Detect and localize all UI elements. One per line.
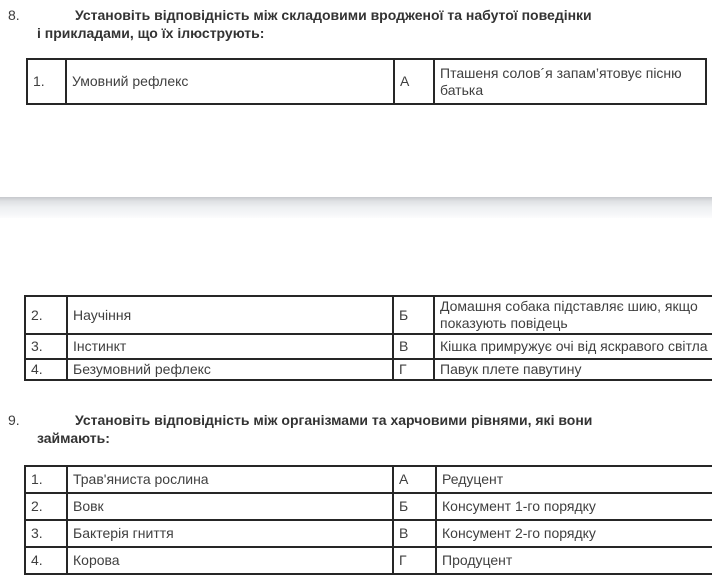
example-cell: Продуцент: [436, 547, 712, 574]
question-9-number: 9.: [8, 412, 20, 430]
table-row: 3.ІнстинктВКішка примружує очі від яскра…: [25, 334, 712, 359]
question-8-number: 8.: [8, 7, 20, 25]
example-cell: Кішка примружує очі від яскравого світла: [434, 334, 712, 359]
question-9-title-line2: займають:: [37, 430, 677, 448]
item-cell: Безумовний рефлекс: [67, 359, 393, 380]
table-row: 4.Безумовний рефлексГПавук плете павутин…: [25, 359, 712, 380]
letter-cell: Г: [393, 359, 434, 380]
item-cell: Трав'яниста рослина: [67, 466, 393, 493]
letter-cell: Б: [393, 493, 436, 520]
question-9-title-line1: Установіть відповідність між організмами…: [75, 412, 677, 430]
table-row: 1.Умовний рефлексАПташеня солов´я запам’…: [27, 59, 706, 104]
item-cell: Научіння: [67, 296, 393, 334]
question-8-title-line1: Установіть відповідність між складовими …: [75, 7, 677, 25]
question-8-title-line2: і прикладами, що їх ілюструють:: [37, 25, 677, 43]
example-cell: Домашня собака підставляє шию, якщо пока…: [434, 296, 712, 334]
item-cell: Вовк: [67, 493, 393, 520]
row-number-cell: 3.: [25, 520, 67, 547]
row-number-cell: 4.: [25, 359, 67, 380]
match-table-q9: 1.Трав'яниста рослинаАРедуцент2.ВовкБКон…: [24, 465, 712, 575]
table-row: 2.ВовкБКонсумент 1-го порядку: [25, 493, 712, 520]
table-row: 4.КороваГПродуцент: [25, 547, 712, 574]
table-row: 2.НаучінняБДомашня собака підставляє шию…: [25, 296, 712, 334]
letter-cell: В: [393, 520, 436, 547]
item-cell: Умовний рефлекс: [66, 59, 394, 104]
question-8-title: Установіть відповідність між складовими …: [37, 7, 677, 42]
row-number-cell: 2.: [25, 296, 67, 334]
row-number-cell: 3.: [25, 334, 67, 359]
example-cell: Консумент 2-го порядку: [436, 520, 712, 547]
table-row: 1.Трав'яниста рослинаАРедуцент: [25, 466, 712, 493]
row-number-cell: 1.: [27, 59, 66, 104]
letter-cell: А: [393, 466, 436, 493]
page-break-separator: [0, 197, 712, 218]
example-cell: Консумент 1-го порядку: [436, 493, 712, 520]
question-9-title: Установіть відповідність між організмами…: [37, 412, 677, 447]
row-number-cell: 2.: [25, 493, 67, 520]
example-cell: Редуцент: [436, 466, 712, 493]
item-cell: Інстинкт: [67, 334, 393, 359]
table-row: 3.Бактерія гниттяВКонсумент 2-го порядку: [25, 520, 712, 547]
row-number-cell: 1.: [25, 466, 67, 493]
example-cell: Павук плете павутину: [434, 359, 712, 380]
item-cell: Корова: [67, 547, 393, 574]
letter-cell: Б: [393, 296, 434, 334]
example-cell: Пташеня солов´я запам’ятовує пісню батьк…: [434, 59, 706, 104]
row-number-cell: 4.: [25, 547, 67, 574]
match-table-q8-part2: 2.НаучінняБДомашня собака підставляє шию…: [24, 295, 712, 381]
document-page: 8. Установіть відповідність між складови…: [0, 0, 712, 579]
item-cell: Бактерія гниття: [67, 520, 393, 547]
letter-cell: В: [393, 334, 434, 359]
match-table-q8-part1: 1.Умовний рефлексАПташеня солов´я запам’…: [26, 58, 707, 105]
letter-cell: А: [394, 59, 434, 104]
letter-cell: Г: [393, 547, 436, 574]
